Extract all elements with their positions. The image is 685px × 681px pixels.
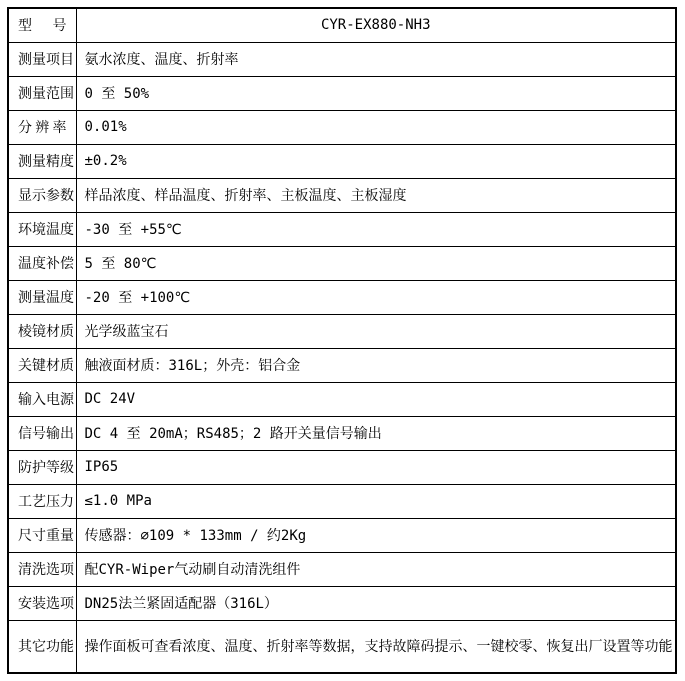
spec-value: 触液面材质：316L；外壳：铝合金 <box>76 348 676 382</box>
spec-label: 清洗选项 <box>8 552 76 586</box>
row-display-params: 显示参数 样品浓度、样品温度、折射率、主板温度、主板湿度 <box>8 178 676 212</box>
spec-value: DC 24V <box>76 382 676 416</box>
row-key-material: 关键材质 触液面材质：316L；外壳：铝合金 <box>8 348 676 382</box>
row-ambient-temp: 环境温度 -30 至 +55℃ <box>8 212 676 246</box>
spec-value: ±0.2% <box>76 144 676 178</box>
spec-label: 棱镜材质 <box>8 314 76 348</box>
spec-value: 操作面板可查看浓度、温度、折射率等数据，支持故障码提示、一键校零、恢复出厂设置等… <box>76 620 676 673</box>
row-measure-items: 测量项目 氨水浓度、温度、折射率 <box>8 42 676 76</box>
spec-value: -30 至 +55℃ <box>76 212 676 246</box>
row-accuracy: 测量精度 ±0.2% <box>8 144 676 178</box>
spec-value: ≤1.0 MPa <box>76 484 676 518</box>
row-resolution: 分辨率 0.01% <box>8 110 676 144</box>
spec-label: 分辨率 <box>8 110 76 144</box>
spec-label: 关键材质 <box>8 348 76 382</box>
spec-value: 样品浓度、样品温度、折射率、主板温度、主板湿度 <box>76 178 676 212</box>
spec-label: 信号输出 <box>8 416 76 450</box>
spec-label: 防护等级 <box>8 450 76 484</box>
spec-value-model: CYR-EX880-NH3 <box>76 8 676 42</box>
row-mounting-option: 安装选项 DN25法兰紧固适配器（316L） <box>8 586 676 620</box>
row-input-power: 输入电源 DC 24V <box>8 382 676 416</box>
row-other-functions: 其它功能 操作面板可查看浓度、温度、折射率等数据，支持故障码提示、一键校零、恢复… <box>8 620 676 673</box>
spec-value: DN25法兰紧固适配器（316L） <box>76 586 676 620</box>
spec-label: 测量范围 <box>8 76 76 110</box>
spec-value: 光学级蓝宝石 <box>76 314 676 348</box>
spec-value: DC 4 至 20mA；RS485；2 路开关量信号输出 <box>76 416 676 450</box>
spec-label: 其它功能 <box>8 620 76 673</box>
spec-label: 环境温度 <box>8 212 76 246</box>
spec-label: 显示参数 <box>8 178 76 212</box>
row-prism-material: 棱镜材质 光学级蓝宝石 <box>8 314 676 348</box>
spec-table: 型号 CYR-EX880-NH3 测量项目 氨水浓度、温度、折射率 测量范围 0… <box>7 7 677 674</box>
row-process-pressure: 工艺压力 ≤1.0 MPa <box>8 484 676 518</box>
row-temp-compensation: 温度补偿 5 至 80℃ <box>8 246 676 280</box>
spec-value: 5 至 80℃ <box>76 246 676 280</box>
spec-value: -20 至 +100℃ <box>76 280 676 314</box>
spec-label: 温度补偿 <box>8 246 76 280</box>
spec-value: 传感器：∅109 * 133mm / 约2Kg <box>76 518 676 552</box>
row-signal-output: 信号输出 DC 4 至 20mA；RS485；2 路开关量信号输出 <box>8 416 676 450</box>
row-measure-temp: 测量温度 -20 至 +100℃ <box>8 280 676 314</box>
row-dimensions-weight: 尺寸重量 传感器：∅109 * 133mm / 约2Kg <box>8 518 676 552</box>
row-cleaning-option: 清洗选项 配CYR-Wiper气动刷自动清洗组件 <box>8 552 676 586</box>
spec-label: 输入电源 <box>8 382 76 416</box>
spec-value: 氨水浓度、温度、折射率 <box>76 42 676 76</box>
spec-label: 型号 <box>8 8 76 42</box>
spec-label: 工艺压力 <box>8 484 76 518</box>
spec-value: 0.01% <box>76 110 676 144</box>
spec-label: 安装选项 <box>8 586 76 620</box>
row-model: 型号 CYR-EX880-NH3 <box>8 8 676 42</box>
spec-label: 测量项目 <box>8 42 76 76</box>
spec-value: 0 至 50% <box>76 76 676 110</box>
spec-label: 测量温度 <box>8 280 76 314</box>
row-protection-rating: 防护等级 IP65 <box>8 450 676 484</box>
spec-value: IP65 <box>76 450 676 484</box>
spec-label: 尺寸重量 <box>8 518 76 552</box>
row-measure-range: 测量范围 0 至 50% <box>8 76 676 110</box>
spec-label: 测量精度 <box>8 144 76 178</box>
spec-value: 配CYR-Wiper气动刷自动清洗组件 <box>76 552 676 586</box>
